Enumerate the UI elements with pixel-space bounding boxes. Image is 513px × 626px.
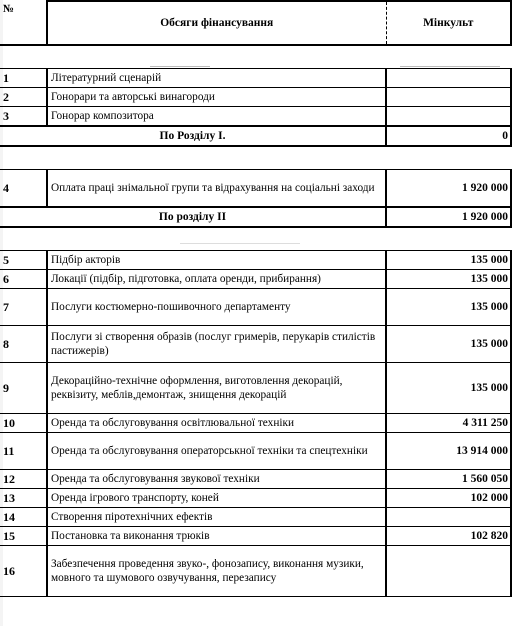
table-row: 4 Оплата праці знімальної групи та відра… [0,170,511,208]
table-row: 11 Оренда та обслуговування операторськн… [0,433,511,470]
row-value: 135 000 [386,289,511,326]
row-value: 135 000 [386,251,511,270]
financing-table: № Обсяги фінансування Мінкульт 1 Літерат… [0,0,512,597]
subtotal-value: 1 920 000 [386,207,511,227]
row-number: 6 [0,270,47,289]
table-header: № Обсяги фінансування Мінкульт [0,1,511,45]
row-value [386,107,511,127]
row-description: Забезпечення проведення звуко-, фонозапи… [47,546,386,597]
row-number: 2 [0,88,47,107]
row-number: 10 [0,414,47,433]
row-number: 16 [0,546,47,597]
table-row: 7 Послуги костюмерно-пошивочного департа… [0,289,511,326]
scan-artifact [180,243,300,244]
row-number: 12 [0,470,47,489]
table-row: 10 Оренда та обслуговування освітлювальн… [0,414,511,433]
subtotal-row-section-2: По розділу II 1 920 000 [0,207,511,227]
table-row: 6 Локації (підбір, підготовка, оплата ор… [0,270,511,289]
subtotal-label: По розділу II [0,207,386,227]
row-value [386,88,511,107]
subtotal-row-section-1: По Розділу I. 0 [0,126,511,146]
row-value: 102 000 [386,489,511,508]
table-row: 16 Забезпечення проведення звуко-, фоноз… [0,546,511,597]
row-description: Оплата праці знімальної групи та відраху… [47,170,386,208]
table-row: 15 Постановка та виконання трюків 102 82… [0,527,511,546]
row-value [386,508,511,527]
row-number: 13 [0,489,47,508]
subtotal-label: По Розділу I. [0,126,386,146]
row-number: 11 [0,433,47,470]
row-number: 3 [0,107,47,127]
scan-artifact [150,66,210,67]
table-row: 13 Оренда ігрового транспорту, коней 102… [0,489,511,508]
table-row: 3 Гонорар композитора [0,107,511,127]
row-description: Декораційно-технічне оформлення, виготов… [47,363,386,414]
table-row: 12 Оренда та обслуговування звукової тех… [0,470,511,489]
row-value [386,546,511,597]
row-description: Створення піротехнічних ефектів [47,508,386,527]
row-value: 1 560 050 [386,470,511,489]
row-description: Гонорар композитора [47,107,386,127]
row-description: Послуги костюмерно-пошивочного департаме… [47,289,386,326]
row-description: Підбір акторів [47,251,386,270]
row-description: Оренда та обслуговування операторськної … [47,433,386,470]
subtotal-value: 0 [386,126,511,146]
header-financing: Обсяги фінансування [47,1,386,45]
table-row: 1 Літературний сценарій [0,69,511,88]
header-ministry: Мінкульт [386,1,511,45]
table-row: 2 Гонорари та авторські винагороди [0,88,511,107]
table-row: 8 Послуги зі створення образів (послуг г… [0,326,511,363]
row-value: 102 820 [386,527,511,546]
row-description: Літературний сценарій [47,69,386,88]
row-description: Локації (підбір, підготовка, оплата орен… [47,270,386,289]
row-description: Гонорари та авторські винагороди [47,88,386,107]
row-value: 135 000 [386,270,511,289]
row-number: 8 [0,326,47,363]
row-number: 7 [0,289,47,326]
row-number: 5 [0,251,47,270]
row-description: Оренда ігрового транспорту, коней [47,489,386,508]
row-number: 9 [0,363,47,414]
table-row: 9 Декораційно-технічне оформлення, вигот… [0,363,511,414]
row-number: 4 [0,170,47,208]
row-description: Оренда та обслуговування освітлювальної … [47,414,386,433]
scan-artifact [400,66,500,67]
row-value: 4 311 250 [386,414,511,433]
table-row: 14 Створення піротехнічних ефектів [0,508,511,527]
row-value: 1 920 000 [386,170,511,208]
row-number: 14 [0,508,47,527]
row-description: Постановка та виконання трюків [47,527,386,546]
section-1-heading [0,45,511,69]
header-number: № [0,1,47,45]
budget-table-page: № Обсяги фінансування Мінкульт 1 Літерат… [0,0,513,626]
row-number: 1 [0,69,47,88]
section-3-heading [0,227,511,251]
row-value [386,69,511,88]
row-description: Оренда та обслуговування звукової технік… [47,470,386,489]
row-value: 135 000 [386,363,511,414]
row-number: 15 [0,527,47,546]
row-description: Послуги зі створення образів (послуг гри… [47,326,386,363]
row-value: 135 000 [386,326,511,363]
table-row: 5 Підбір акторів 135 000 [0,251,511,270]
section-2-heading [0,146,511,170]
row-value: 13 914 000 [386,433,511,470]
